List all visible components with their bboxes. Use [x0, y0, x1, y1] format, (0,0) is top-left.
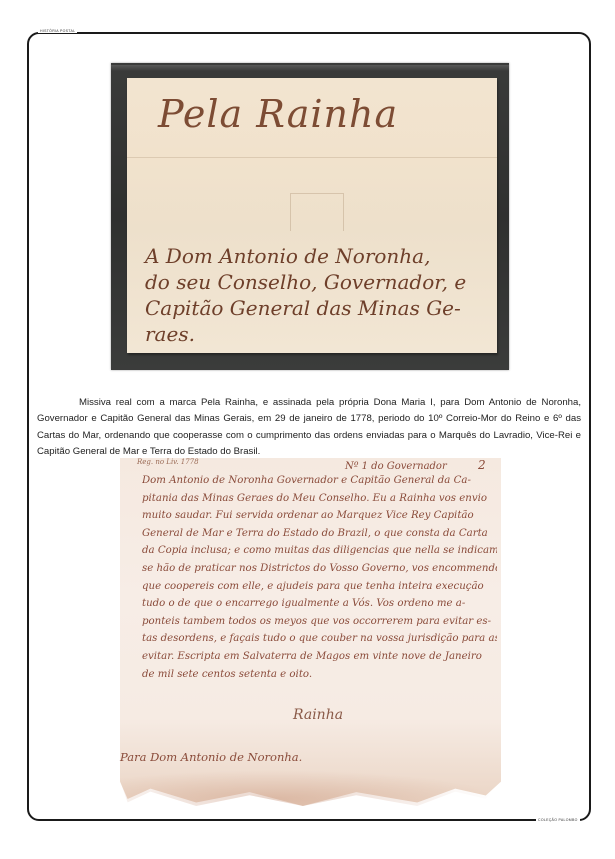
letter-line: tas desordens, e façais tudo o que coube… [142, 630, 497, 648]
footer-label: COLEÇÃO PALOMBO [536, 818, 580, 822]
envelope-title-mark: Pela Rainha [158, 92, 398, 136]
caption-paragraph: Missiva real com a marca Pela Rainha, e … [37, 395, 581, 461]
letter-line: da Copia inclusa; e como muitas das dili… [142, 542, 497, 560]
address-line: Capitão General das Minas Ge- [145, 295, 466, 321]
letter-line: General de Mar e Terra do Estado do Braz… [142, 525, 497, 543]
letter-line: evitar. Escripta em Salvaterra de Magos … [142, 648, 497, 666]
letter-addressee: Para Dom Antonio de Noronha. [120, 750, 302, 764]
letter-line: muito saudar. Fui servida ordenar ao Mar… [142, 507, 497, 525]
letter-body: Dom Antonio de Noronha Governador e Capi… [142, 472, 497, 683]
header-label: HISTÓRIA POSTAL [38, 29, 77, 33]
envelope-fold-line [127, 157, 497, 158]
letter-page-number: 2 [478, 458, 486, 472]
letter-signature: Rainha [293, 707, 343, 723]
address-line: do seu Conselho, Governador, e [145, 269, 466, 295]
address-line: raes. [145, 321, 466, 347]
letter-registry-note: Reg. no Liv. 1778 [137, 458, 199, 466]
address-line: A Dom Antonio de Noronha, [145, 243, 466, 269]
letter-line: que coopereis com elle, e ajudeis para q… [142, 578, 497, 596]
letter-line: tudo o de que o encarrego igualmente a V… [142, 595, 497, 613]
letter-margin-note: Nº 1 do Governador [345, 461, 447, 472]
envelope-address: A Dom Antonio de Noronha, do seu Conselh… [145, 243, 466, 347]
letter-line: ponteis tambem todos os meyos que vos oc… [142, 613, 497, 631]
letter-line: de mil sete centos setenta e oito. [142, 666, 497, 684]
letter-line: pitania das Minas Geraes do Meu Conselho… [142, 490, 497, 508]
letter-line: Dom Antonio de Noronha Governador e Capi… [142, 472, 497, 490]
envelope-seal-mark [290, 193, 344, 231]
letter-line: se hão de praticar nos Districtos do Vos… [142, 560, 497, 578]
